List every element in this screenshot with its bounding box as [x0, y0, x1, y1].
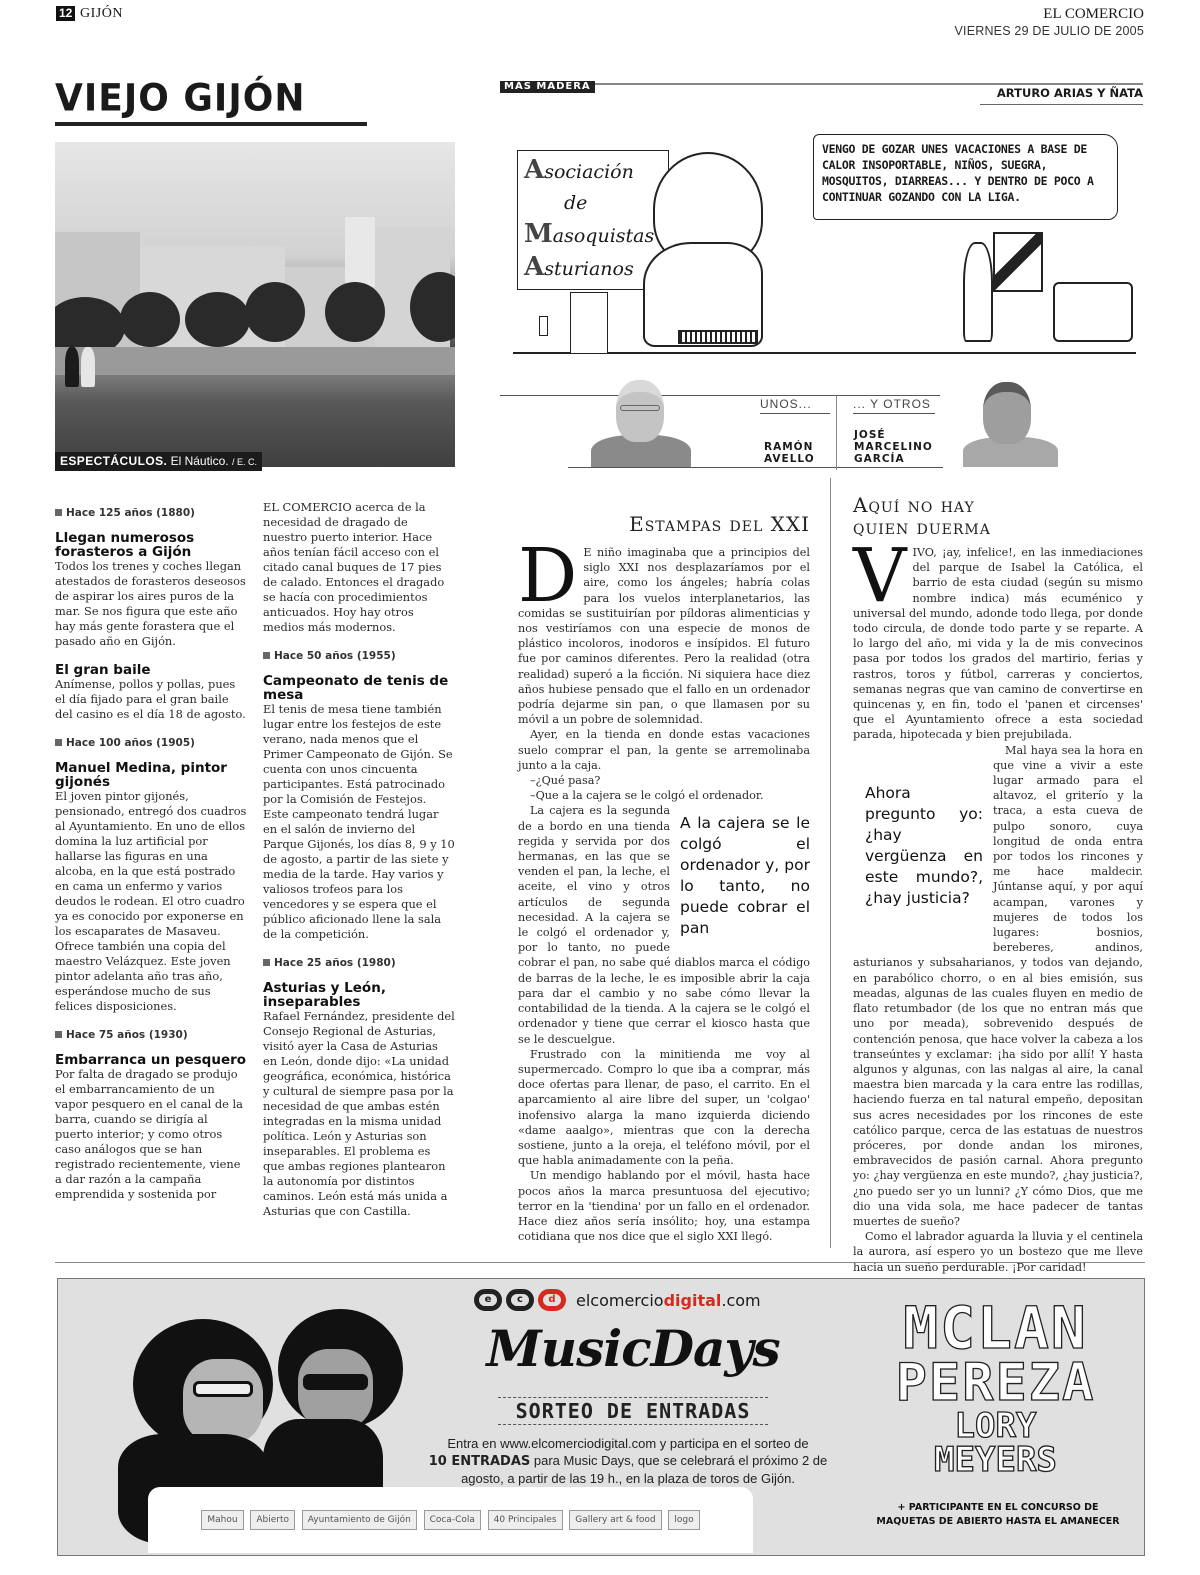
- brief-continuation: EL COMERCIO acerca de la necesidad de dr…: [263, 500, 455, 635]
- era-label: Hace 50 años (1955): [263, 649, 455, 664]
- ad-body: Entra en www.elcomerciodigital.com y par…: [408, 1435, 848, 1487]
- pull-quote: Ahora pregunto yo: ¿hay vergüenza en est…: [853, 783, 983, 909]
- mas-madera-tag: MÁS MADERA: [500, 81, 595, 93]
- music-days-advertisement[interactable]: e c d elcomerciodigital.com MusicDays SO…: [57, 1278, 1145, 1556]
- unos-otros-divider: [836, 395, 837, 470]
- cartoon-author: ARTURO ARIAS Y ÑATA: [997, 86, 1143, 100]
- viejo-gijon-column-2: EL COMERCIO acerca de la necesidad de dr…: [263, 500, 455, 1233]
- ad-subtitle: SORTEO DE ENTRADAS: [498, 1397, 768, 1425]
- article-title-estampas: Estampas del XXI: [560, 512, 810, 536]
- caption-text: El Náutico.: [171, 454, 229, 468]
- couple-figure: [963, 242, 993, 342]
- section-name: GIJÓN: [80, 6, 123, 22]
- sponsor-logo: 40 Principales: [488, 1510, 563, 1530]
- band-lineup: MCLAN PEREZA LORY MEYERS: [888, 1299, 1103, 1477]
- brief-headline: El gran baile: [55, 663, 247, 677]
- photo-caption: ESPECTÁCULOS. El Náutico. / E. C.: [55, 452, 262, 471]
- era-label: Hace 125 años (1880): [55, 506, 247, 521]
- sponsor-logo: Ayuntamiento de Gijón: [302, 1510, 417, 1530]
- brief-body: El tenis de mesa tiene también lugar ent…: [263, 702, 455, 942]
- brief-headline: Llegan numerosos forasteros a Gijón: [55, 531, 247, 559]
- speech-bubble: VENGO DE GOZAR UNES VACACIONES A BASE DE…: [813, 134, 1118, 220]
- brief-body: Rafael Fernández, presidente del Consejo…: [263, 1009, 455, 1219]
- sponsor-logo: Gallery art & food: [569, 1510, 661, 1530]
- title-rule: [55, 122, 367, 126]
- pull-quote: A la cajera se le colgó el ordenador y, …: [680, 813, 810, 939]
- brief-headline: Embarranca un pesquero: [55, 1053, 247, 1067]
- author-photo-jose-marcelino-garcia: [958, 377, 1068, 467]
- column-divider: [830, 478, 831, 1248]
- pull-quote-box: A la cajera se le colgó el ordenador y, …: [680, 807, 810, 947]
- dropcap: D: [518, 547, 577, 605]
- sponsor-logo: Mahou: [201, 1510, 243, 1530]
- paragraph: –Que a la cajera se le colgó el ordenado…: [518, 788, 810, 803]
- label-underline: [853, 413, 935, 414]
- paragraph: Un mendigo hablando por el móvil, hasta …: [518, 1168, 810, 1244]
- band-name: MCLAN: [888, 1299, 1103, 1357]
- door: [570, 292, 608, 354]
- cartoon: Asociación de Masoquistas Asturianos VEN…: [513, 132, 1136, 354]
- sponsor-logo: logo: [668, 1510, 699, 1530]
- pull-quote-box: Ahora pregunto yo: ¿hay vergüenza en est…: [853, 783, 983, 948]
- brief-headline: Campeonato de tenis de mesa: [263, 674, 455, 702]
- sponsor-strip: Mahou Abierto Ayuntamiento de Gijón Coca…: [148, 1487, 753, 1553]
- dateline: VIERNES 29 DE JULIO DE 2005: [954, 24, 1144, 38]
- unos-otros-rule: [500, 395, 940, 396]
- brief-body: Todos los trenes y coches llegan atestad…: [55, 559, 247, 649]
- author-photo-ramon-avello: [586, 377, 696, 467]
- brief-body: Por falta de dragado se produjo el embar…: [55, 1067, 247, 1202]
- author-name-right: JOSÉ MARCELINO GARCÍA: [854, 429, 933, 465]
- elcomerciodigital-logo: e c d elcomerciodigital.com: [474, 1289, 761, 1311]
- event-title: MusicDays: [423, 1319, 843, 1378]
- sponsor-logo: Abierto: [250, 1510, 295, 1530]
- paragraph: –¿Qué pasa?: [518, 773, 810, 788]
- unos-otros-bottom-rule: [568, 467, 943, 468]
- page-number: 12: [56, 6, 75, 21]
- plant-pot-icon: [539, 316, 548, 336]
- newspaper: [993, 232, 1043, 292]
- label-underline: [760, 413, 830, 414]
- reclining-figure: [1053, 282, 1133, 342]
- site-name[interactable]: elcomerciodigital.com: [576, 1291, 761, 1310]
- ad-top-rule: [55, 1262, 1145, 1263]
- sponsor-logo: Coca-Cola: [424, 1510, 481, 1530]
- paragraph: Ayer, en la tienda en donde estas vacaci…: [518, 727, 810, 773]
- section-rule: [500, 83, 1143, 85]
- author-name-left: RAMÓN AVELLO: [764, 441, 810, 465]
- viejo-gijon-column-1: Hace 125 años (1880) Llegan numerosos fo…: [55, 502, 247, 1216]
- article-estampas: D E niño imaginaba que a principios del …: [518, 545, 810, 1244]
- caption-kicker: ESPECTÁCULOS.: [60, 454, 167, 468]
- author-rule: [980, 104, 1143, 105]
- brief-body: El joven pintor gijonés, pensionado, ent…: [55, 789, 247, 1014]
- otros-label: ... Y OTROS: [853, 397, 931, 411]
- historic-photo: [55, 142, 455, 467]
- bench: [678, 330, 758, 344]
- masthead: EL COMERCIO: [1043, 6, 1144, 23]
- era-label: Hace 75 años (1930): [55, 1028, 247, 1043]
- article-aqui-no-hay: V IVO, ¡ay, infelice!, en las inmediacio…: [853, 545, 1143, 1275]
- brief-body: Anímense, pollos y pollas, pues el día f…: [55, 677, 247, 722]
- viejo-gijon-title: VIEJO GIJÓN: [55, 77, 305, 120]
- brief-headline: Asturias y León, inseparables: [263, 981, 455, 1009]
- ad-note: + PARTICIPANTE EN EL CONCURSO DE MAQUETA…: [858, 1501, 1138, 1529]
- era-label: Hace 25 años (1980): [263, 956, 455, 971]
- unos-label: UNOS...: [760, 397, 812, 411]
- band-name: LORY MEYERS: [888, 1409, 1103, 1477]
- article-title-aqui-no-hay: Aquí no hay quien duerma: [853, 494, 991, 538]
- band-name: PEREZA: [888, 1357, 1103, 1409]
- brief-headline: Manuel Medina, pintor gijonés: [55, 761, 247, 789]
- dropcap: V: [853, 547, 906, 605]
- photo-credit: / E. C.: [232, 457, 257, 467]
- paragraph: Frustrado con la minitienda me voy al su…: [518, 1047, 810, 1169]
- era-label: Hace 100 años (1905): [55, 736, 247, 751]
- paragraph: Como el labrador aguarda la lluvia y el …: [853, 1229, 1143, 1275]
